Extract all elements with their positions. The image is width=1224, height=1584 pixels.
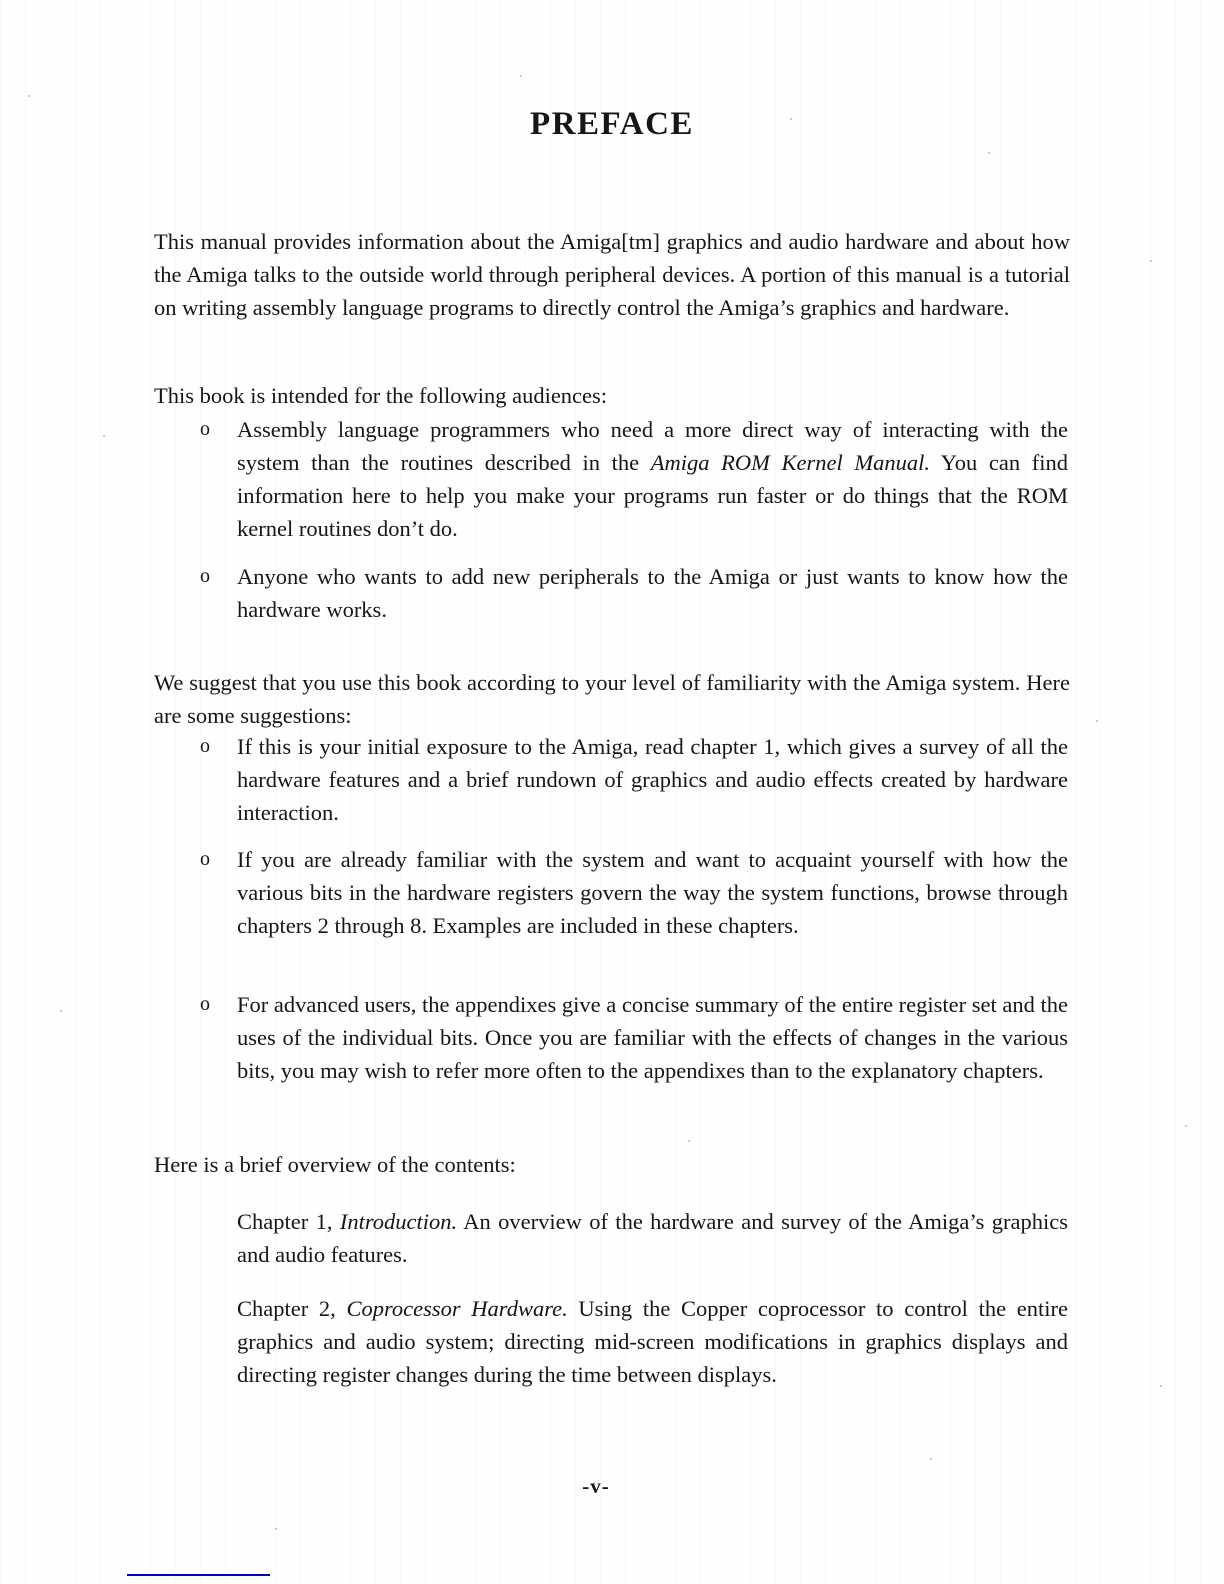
list-item: o For advanced users, the appendixes giv… bbox=[200, 988, 1068, 1087]
familiarity-lead-paragraph: We suggest that you use this book accord… bbox=[154, 666, 1070, 732]
bullet-icon: o bbox=[200, 413, 237, 446]
list-item: o If this is your initial exposure to th… bbox=[200, 730, 1068, 829]
dust-speck bbox=[275, 1528, 277, 1530]
list-item: o Anyone who wants to add new peripheral… bbox=[200, 560, 1068, 626]
scanned-document-page: PREFACE This manual provides information… bbox=[0, 0, 1224, 1584]
dust-speck bbox=[520, 75, 522, 77]
bullet-icon: o bbox=[200, 843, 237, 876]
dust-speck bbox=[1185, 1125, 1187, 1127]
dust-speck bbox=[1096, 720, 1098, 722]
bullet-text: If this is your initial exposure to the … bbox=[237, 730, 1068, 829]
chapter-label: Chapter 2, bbox=[237, 1296, 346, 1321]
audiences-lead-paragraph: This book is intended for the following … bbox=[154, 379, 1070, 412]
bullet-icon: o bbox=[200, 560, 237, 593]
dust-speck bbox=[688, 1140, 690, 1142]
dust-speck bbox=[790, 118, 792, 120]
dust-speck bbox=[988, 152, 990, 154]
chapter-title-italic: Introduction. bbox=[340, 1209, 457, 1234]
footer-link-underline[interactable] bbox=[127, 1574, 270, 1576]
bullet-text: For advanced users, the appendixes give … bbox=[237, 988, 1068, 1087]
bullet-text: Anyone who wants to add new peripherals … bbox=[237, 560, 1068, 626]
list-item: o If you are already familiar with the s… bbox=[200, 843, 1068, 942]
contents-lead-paragraph: Here is a brief overview of the contents… bbox=[154, 1148, 1070, 1181]
chapter-2-entry: Chapter 2, Coprocessor Hardware. Using t… bbox=[237, 1292, 1068, 1391]
bullet-icon: o bbox=[200, 730, 237, 763]
dust-speck bbox=[28, 95, 30, 97]
book-title-italic: Amiga ROM Kernel Manual. bbox=[651, 450, 930, 475]
dust-speck bbox=[930, 1458, 932, 1460]
chapter-1-entry: Chapter 1, Introduction. An overview of … bbox=[237, 1205, 1068, 1271]
dust-speck bbox=[103, 435, 105, 437]
dust-speck bbox=[60, 1010, 62, 1012]
bullet-text: Assembly language programmers who need a… bbox=[237, 413, 1068, 545]
bullet-text-pre: Anyone who wants to add new peripherals … bbox=[237, 564, 1068, 622]
bullet-text-pre: For advanced users, the appendixes give … bbox=[237, 992, 1068, 1083]
intro-paragraph: This manual provides information about t… bbox=[154, 225, 1070, 324]
dust-speck bbox=[1150, 260, 1152, 262]
chapter-label: Chapter 1, bbox=[237, 1209, 340, 1234]
dust-speck bbox=[455, 1338, 457, 1340]
dust-speck bbox=[1160, 1385, 1162, 1387]
chapter-title-italic: Coprocessor Hardware. bbox=[346, 1296, 567, 1321]
bullet-text-pre: If this is your initial exposure to the … bbox=[237, 734, 1068, 825]
list-item: o Assembly language programmers who need… bbox=[200, 413, 1068, 545]
page-title: PREFACE bbox=[0, 106, 1224, 142]
page-number: -v- bbox=[154, 1474, 1038, 1499]
bullet-text-pre: If you are already familiar with the sys… bbox=[237, 847, 1068, 938]
bullet-icon: o bbox=[200, 988, 237, 1021]
bullet-text: If you are already familiar with the sys… bbox=[237, 843, 1068, 942]
